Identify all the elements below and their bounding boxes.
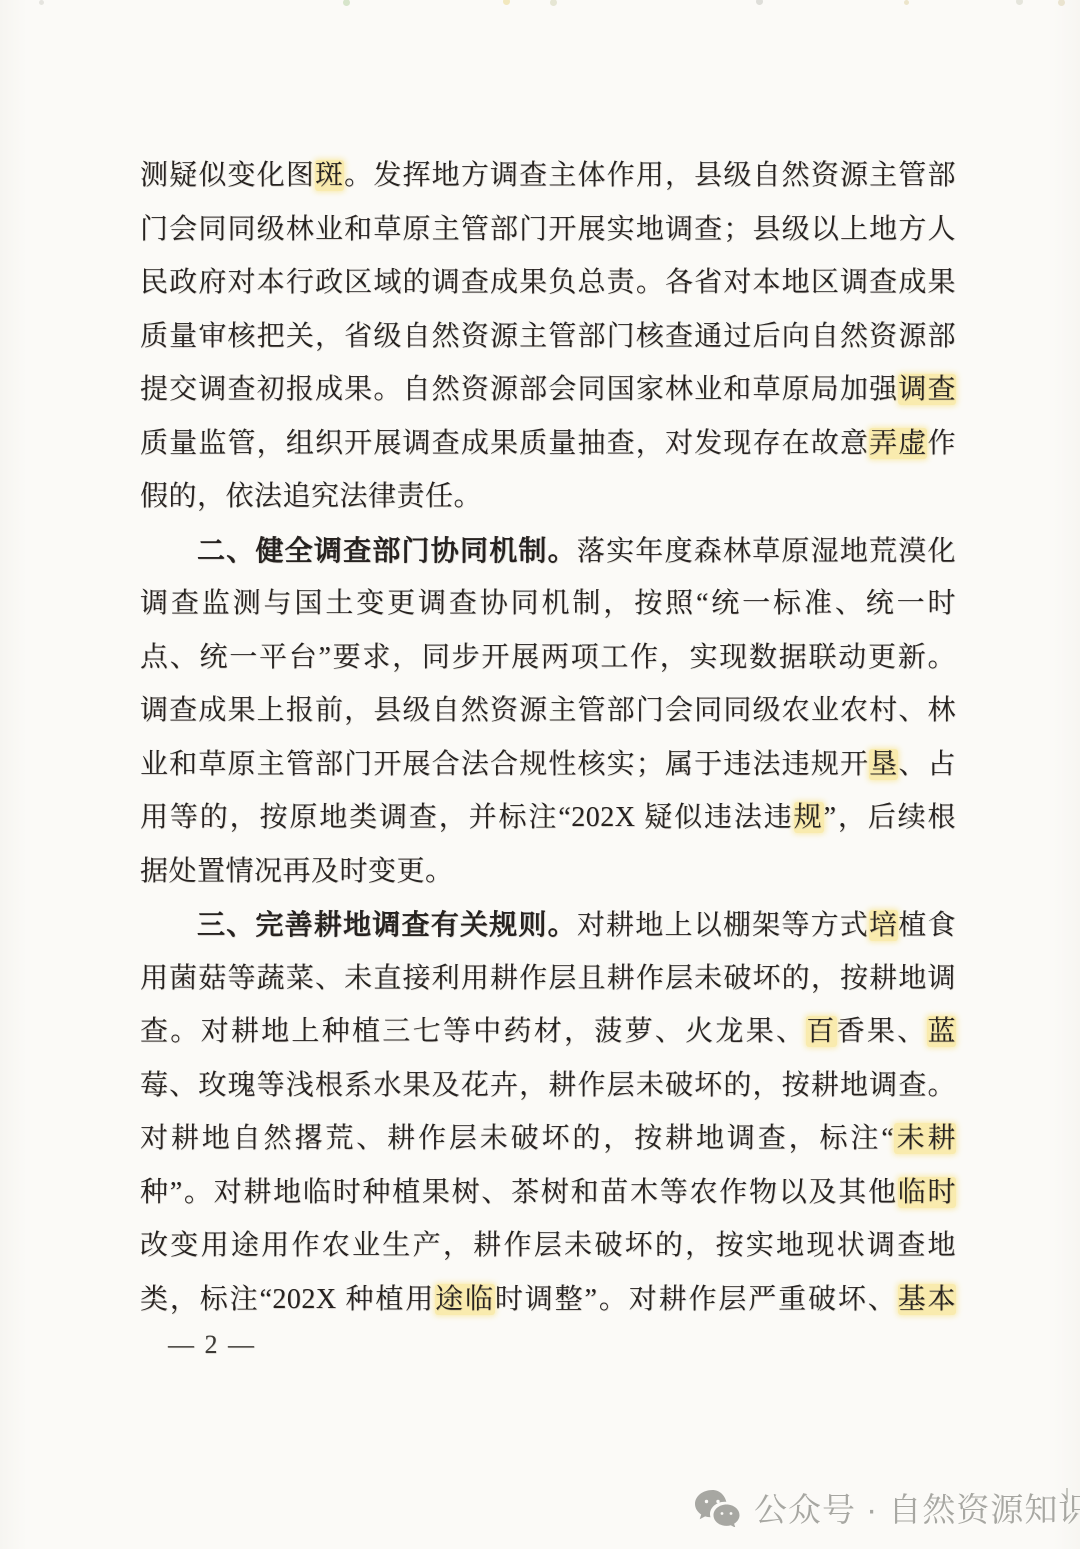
body-text: 时调整”。对耕作层严重破坏、 bbox=[495, 1284, 898, 1315]
text-line: 假的，依法追究法律责任。 bbox=[140, 470, 956, 524]
body-text: 用等的，按原地类调查，并标注“202X 疑似违法违 bbox=[140, 802, 794, 833]
text-line: 查。对耕地上种植三七等中药材，菠萝、火龙果、百香果、蓝 bbox=[140, 1005, 956, 1059]
text-line: 测疑似变化图斑。发挥地方调查主体作用，县级自然资源主管部 bbox=[140, 149, 956, 203]
watermark-text: 公众号 · 自然资源知识 bbox=[754, 1484, 1080, 1531]
body-text: 植食 bbox=[898, 910, 956, 941]
text-line: 用菌菇等蔬菜、未直接利用耕作层且耕作层未破坏的，按耕地调 bbox=[140, 952, 956, 1006]
text-line: 业和草原主管部门开展合法合规性核实；属于违法违规开垦、占 bbox=[140, 738, 956, 792]
text-line: 据处置情况再及时变更。 bbox=[140, 845, 956, 899]
text-line: 改变用途用作农业生产，耕作层未破坏的，按实地现状调查地 bbox=[140, 1219, 956, 1273]
text-line: 三、完善耕地调查有关规则。对耕地上以棚架等方式培植食 bbox=[140, 898, 956, 952]
highlighted-text: 途临 bbox=[435, 1284, 495, 1315]
watermark: 公众号 · 自然资源知识 bbox=[694, 1484, 1080, 1531]
body-text: 。发挥地方调查主体作用，县级自然资源主管部 bbox=[344, 160, 956, 191]
text-line: 用等的，按原地类调查，并标注“202X 疑似违法违规”，后续根 bbox=[140, 791, 956, 845]
body-text: 改变用途用作农业生产，耕作层未破坏的，按实地现状调查地 bbox=[140, 1230, 956, 1261]
text-line: 种”。对耕地临时种植果树、茶树和苗木等农作物以及其他临时 bbox=[140, 1166, 956, 1220]
document-page: 测疑似变化图斑。发挥地方调查主体作用，县级自然资源主管部门会同同级林业和草原主管… bbox=[0, 0, 1080, 1549]
body-text: 、占 bbox=[898, 749, 956, 780]
highlighted-text: 百 bbox=[806, 1016, 836, 1047]
body-text: 作 bbox=[927, 428, 956, 459]
body-text: 测疑似变化图 bbox=[140, 160, 315, 191]
body-text: 民政府对本行政区域的调查成果负总责。各省对本地区调查成果 bbox=[140, 267, 956, 298]
body-text: 点、统一平台”要求，同步开展两项工作，实现数据联动更新。 bbox=[140, 642, 956, 673]
text-line: 对耕地自然撂荒、耕作层未破坏的，按耕地调查，标注“未耕 bbox=[140, 1112, 956, 1166]
highlighted-text: 垦 bbox=[869, 749, 898, 780]
body-text: 种”。对耕地临时种植果树、茶树和苗木等农作物以及其他 bbox=[140, 1177, 898, 1208]
page-number: — 2 — bbox=[168, 1330, 256, 1360]
body-text: 类，标注“202X 种植用 bbox=[140, 1284, 435, 1315]
highlighted-text: 培 bbox=[869, 910, 898, 941]
text-line: 类，标注“202X 种植用途临时调整”。对耕作层严重破坏、基本 bbox=[140, 1273, 956, 1327]
body-text: 调查成果上报前，县级自然资源主管部门会同同级农业农村、林 bbox=[140, 695, 956, 726]
text-line: 莓、玫瑰等浅根系水果及花卉，耕作层未破坏的，按耕地调查。 bbox=[140, 1059, 956, 1113]
highlighted-text: 弄虚 bbox=[869, 428, 927, 459]
text-line: 质量监管，组织开展调查成果质量抽查，对发现存在故意弄虚作 bbox=[140, 417, 956, 471]
highlighted-text: 临时 bbox=[898, 1177, 956, 1208]
body-text: 对耕地上以棚架等方式 bbox=[577, 910, 869, 941]
body-text: 对耕地自然撂荒、耕作层未破坏的，按耕地调查，标注“ bbox=[140, 1123, 894, 1154]
body-text: 业和草原主管部门开展合法合规性核实；属于违法违规开 bbox=[140, 749, 869, 780]
text-line: 调查成果上报前，县级自然资源主管部门会同同级农业农村、林 bbox=[140, 684, 956, 738]
section-heading: 二、健全调查部门协同机制。 bbox=[197, 535, 577, 566]
text-line: 民政府对本行政区域的调查成果负总责。各省对本地区调查成果 bbox=[140, 256, 956, 310]
wechat-icon bbox=[694, 1489, 740, 1527]
highlighted-text: 蓝 bbox=[927, 1016, 956, 1047]
highlighted-text: 未耕 bbox=[894, 1123, 956, 1154]
text-line: 门会同同级林业和草原主管部门开展实地调查；县级以上地方人 bbox=[140, 203, 956, 257]
body-text: 用菌菇等蔬菜、未直接利用耕作层且耕作层未破坏的，按耕地调 bbox=[140, 963, 956, 994]
document-text: 测疑似变化图斑。发挥地方调查主体作用，县级自然资源主管部门会同同级林业和草原主管… bbox=[140, 149, 956, 1326]
body-text: 据处置情况再及时变更。 bbox=[140, 856, 454, 887]
body-text: 门会同同级林业和草原主管部门开展实地调查；县级以上地方人 bbox=[140, 214, 956, 245]
body-text: 落实年度森林草原湿地荒漠化 bbox=[577, 536, 956, 567]
scan-edge-artifact bbox=[1066, 1488, 1068, 1502]
section-heading: 三、完善耕地调查有关规则。 bbox=[197, 909, 577, 940]
body-text: 质量审核把关，省级自然资源主管部门核查通过后向自然资源部 bbox=[140, 321, 956, 352]
body-text: 香果、 bbox=[837, 1016, 928, 1047]
body-text: 质量监管，组织开展调查成果质量抽查，对发现存在故意 bbox=[140, 428, 869, 459]
body-text: 假的，依法追究法律责任。 bbox=[140, 481, 482, 512]
highlighted-text: 基本 bbox=[898, 1284, 956, 1315]
text-line: 调查监测与国土变更调查协同机制，按照“统一标准、统一时 bbox=[140, 577, 956, 631]
text-line: 提交调查初报成果。自然资源部会同国家林业和草原局加强调查 bbox=[140, 363, 956, 417]
text-line: 二、健全调查部门协同机制。落实年度森林草原湿地荒漠化 bbox=[140, 524, 956, 578]
highlighted-text: 规 bbox=[794, 802, 824, 833]
text-line: 点、统一平台”要求，同步开展两项工作，实现数据联动更新。 bbox=[140, 631, 956, 685]
body-text: ”，后续根 bbox=[824, 802, 956, 833]
highlighted-text: 斑 bbox=[315, 160, 344, 191]
body-text: 调查监测与国土变更调查协同机制，按照“统一标准、统一时 bbox=[140, 588, 956, 619]
body-text: 提交调查初报成果。自然资源部会同国家林业和草原局加强 bbox=[140, 374, 898, 405]
body-text: 莓、玫瑰等浅根系水果及花卉，耕作层未破坏的，按耕地调查。 bbox=[140, 1070, 956, 1101]
scan-artifacts bbox=[0, 0, 3, 3]
text-line: 质量审核把关，省级自然资源主管部门核查通过后向自然资源部 bbox=[140, 310, 956, 364]
body-text: 查。对耕地上种植三七等中药材，菠萝、火龙果、 bbox=[140, 1016, 806, 1047]
highlighted-text: 调查 bbox=[898, 374, 956, 405]
